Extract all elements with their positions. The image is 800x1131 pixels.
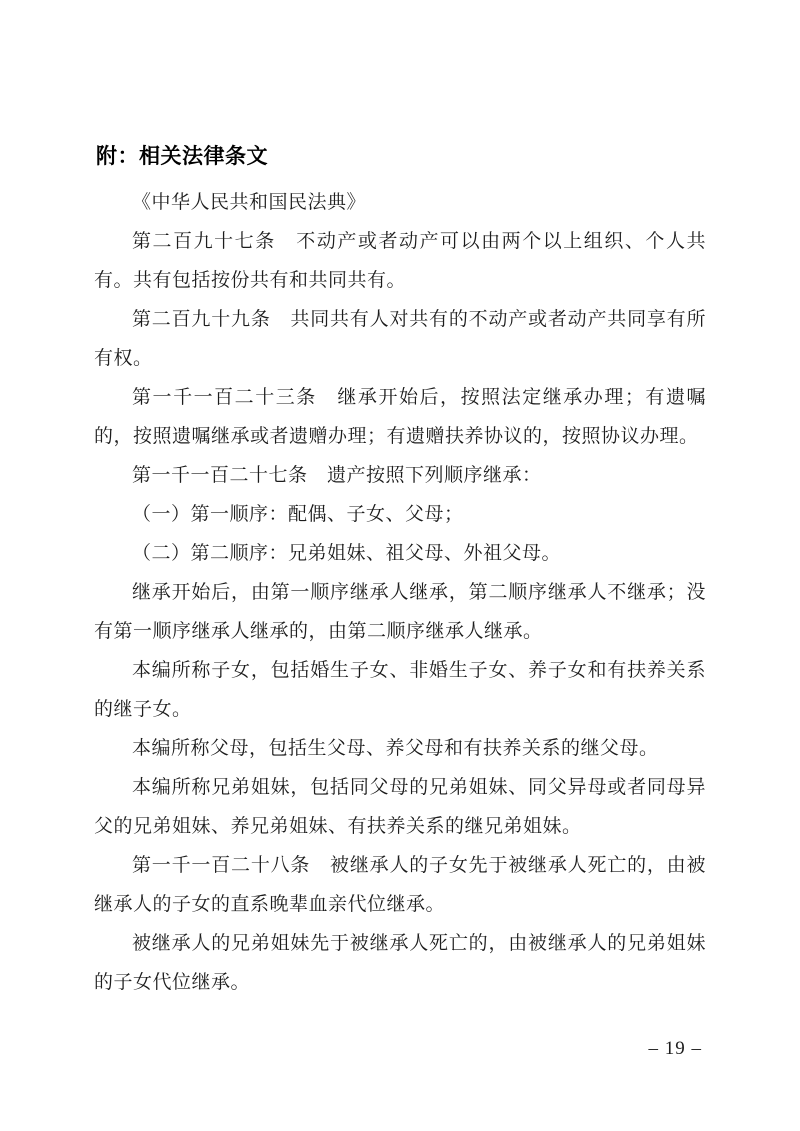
paragraph-order-first: （一）第一顺序：配偶、子女、父母； xyxy=(94,495,706,534)
paragraph-children-definition: 本编所称子女，包括婚生子女、非婚生子女、养子女和有扶养关系的继子女。 xyxy=(94,651,706,729)
paragraph-article-1123: 第一千一百二十三条 继承开始后，按照法定继承办理；有遗嘱的，按照遗嘱继承或者遗赠… xyxy=(94,378,706,456)
paragraph-sibling-subrogation: 被继承人的兄弟姐妹先于被继承人死亡的，由被继承人的兄弟姐妹的子女代位继承。 xyxy=(94,924,706,1002)
document-body: 《中华人民共和国民法典》 第二百九十七条 不动产或者动产可以由两个以上组织、个人… xyxy=(94,183,706,1002)
paragraph-article-299: 第二百九十九条 共同共有人对共有的不动产或者动产共同享有所有权。 xyxy=(94,300,706,378)
paragraph-article-297: 第二百九十七条 不动产或者动产可以由两个以上组织、个人共有。共有包括按份共有和共… xyxy=(94,222,706,300)
paragraph-civil-code-title: 《中华人民共和国民法典》 xyxy=(94,183,706,222)
paragraph-order-second: （二）第二顺序：兄弟姐妹、祖父母、外祖父母。 xyxy=(94,534,706,573)
page-number: – 19 – xyxy=(649,1038,703,1060)
document-page: 附：相关法律条文 《中华人民共和国民法典》 第二百九十七条 不动产或者动产可以由… xyxy=(0,0,800,1131)
paragraph-article-1128: 第一千一百二十八条 被继承人的子女先于被继承人死亡的，由被继承人的子女的直系晚辈… xyxy=(94,846,706,924)
paragraph-inheritance-sequence: 继承开始后，由第一顺序继承人继承，第二顺序继承人不继承；没有第一顺序继承人继承的… xyxy=(94,573,706,651)
paragraph-article-1127: 第一千一百二十七条 遗产按照下列顺序继承： xyxy=(94,456,706,495)
paragraph-siblings-definition: 本编所称兄弟姐妹，包括同父母的兄弟姐妹、同父异母或者同母异父的兄弟姐妹、养兄弟姐… xyxy=(94,768,706,846)
paragraph-parents-definition: 本编所称父母，包括生父母、养父母和有扶养关系的继父母。 xyxy=(94,729,706,768)
page-title: 附：相关法律条文 xyxy=(96,145,706,169)
